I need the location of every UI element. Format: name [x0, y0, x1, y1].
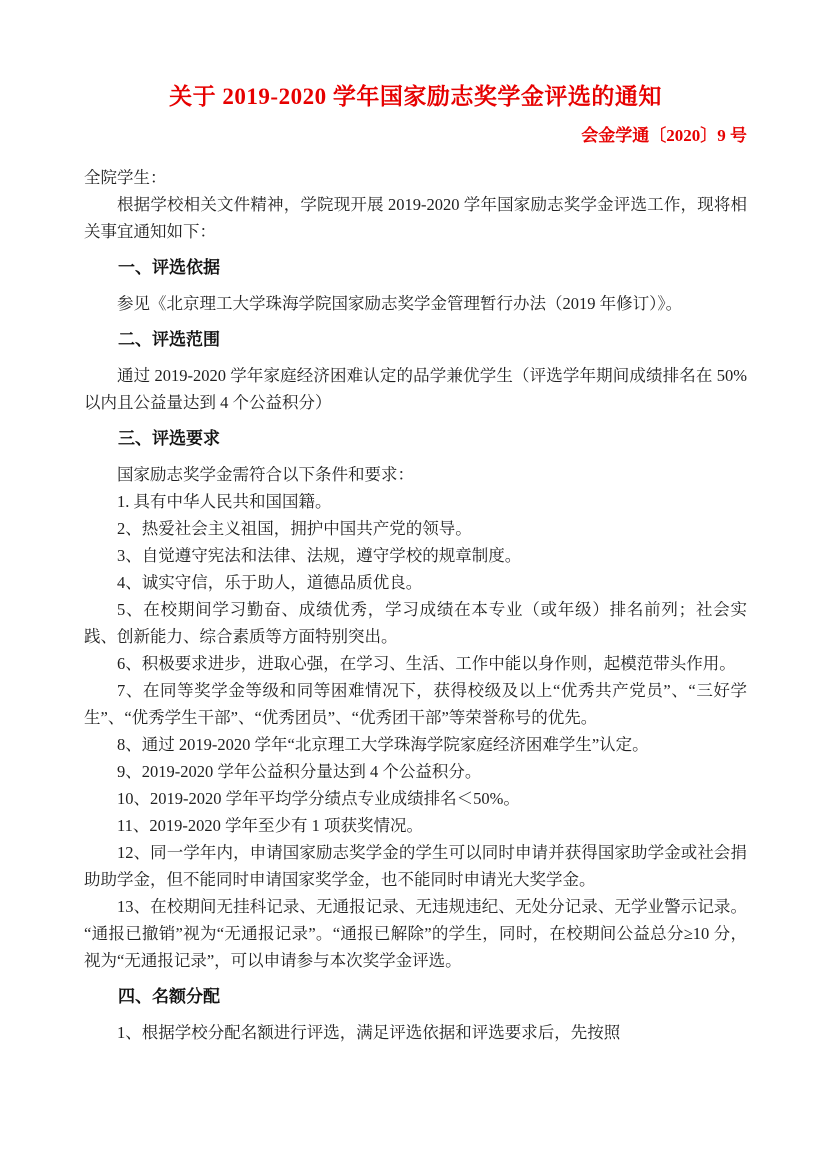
section-quota-paragraph: 1、根据学校分配名额进行评选，满足评选依据和评选要求后，先按照 — [84, 1019, 747, 1046]
section-basis-paragraph: 参见《北京理工大学珠海学院国家励志奖学金管理暂行办法（2019 年修订）》。 — [84, 290, 747, 317]
requirement-item-7: 7、在同等奖学金等级和同等困难情况下，获得校级及以上“优秀共产党员”、“三好学生… — [84, 677, 747, 731]
intro-paragraph: 根据学校相关文件精神，学院现开展 2019-2020 学年国家励志奖学金评选工作… — [84, 191, 747, 245]
requirement-item-6: 6、积极要求进步，进取心强，在学习、生活、工作中能以身作则，起模范带头作用。 — [84, 650, 747, 677]
requirement-item-4: 4、诚实守信，乐于助人，道德品质优良。 — [84, 569, 747, 596]
requirement-item-1: 1. 具有中华人民共和国国籍。 — [84, 488, 747, 515]
requirement-item-2: 2、热爱社会主义祖国，拥护中国共产党的领导。 — [84, 515, 747, 542]
requirement-item-11: 11、2019-2020 学年至少有 1 项获奖情况。 — [84, 812, 747, 839]
requirement-item-13: 13、在校期间无挂科记录、无通报记录、无违规违纪、无处分记录、无学业警示记录。“… — [84, 893, 747, 974]
section-heading-quota: 四、名额分配 — [84, 983, 747, 1010]
requirement-item-9: 9、2019-2020 学年公益积分量达到 4 个公益积分。 — [84, 758, 747, 785]
requirement-item-3: 3、自觉遵守宪法和法律、法规，遵守学校的规章制度。 — [84, 542, 747, 569]
requirement-item-5: 5、在校期间学习勤奋、成绩优秀，学习成绩在本专业（或年级）排名前列；社会实践、创… — [84, 596, 747, 650]
requirements-intro: 国家励志奖学金需符合以下条件和要求： — [84, 461, 747, 488]
section-heading-scope: 二、评选范围 — [84, 326, 747, 353]
document-number: 会金学通〔2020〕9 号 — [84, 125, 747, 147]
salutation: 全院学生： — [84, 164, 747, 191]
section-heading-basis: 一、评选依据 — [84, 254, 747, 281]
requirement-item-10: 10、2019-2020 学年平均学分绩点专业成绩排名＜50%。 — [84, 785, 747, 812]
requirement-item-12: 12、同一学年内，申请国家励志奖学金的学生可以同时申请并获得国家助学金或社会捐助… — [84, 839, 747, 893]
document-title: 关于 2019-2020 学年国家励志奖学金评选的通知 — [84, 82, 747, 112]
notice-document-page: 关于 2019-2020 学年国家励志奖学金评选的通知 会金学通〔2020〕9 … — [0, 0, 827, 1169]
section-heading-requirements: 三、评选要求 — [84, 425, 747, 452]
section-scope-paragraph: 通过 2019-2020 学年家庭经济困难认定的品学兼优学生（评选学年期间成绩排… — [84, 362, 747, 416]
requirement-item-8: 8、通过 2019-2020 学年“北京理工大学珠海学院家庭经济困难学生”认定。 — [84, 731, 747, 758]
